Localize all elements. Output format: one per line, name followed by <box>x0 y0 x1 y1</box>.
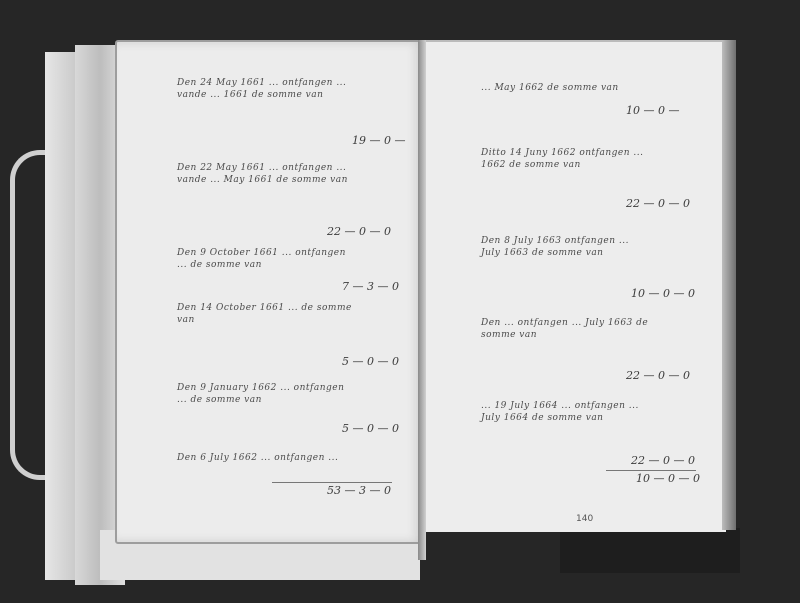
total-rule <box>606 470 696 471</box>
entry-text: Den 9 January 1662 ... ontfangen ... de … <box>177 382 357 406</box>
entry-text: Den 14 October 1661 ... de somme van <box>177 302 357 326</box>
page-edge-right <box>722 40 736 530</box>
entry-text: Den 9 October 1661 ... ontfangen ... de … <box>177 247 357 271</box>
right-page: ... May 1662 de somme van 10 — 0 — Ditto… <box>426 40 726 532</box>
left-page: Den 24 May 1661 ... ontfangen ... vande … <box>115 40 424 544</box>
entry-text: ... May 1662 de somme van <box>481 82 651 94</box>
folio-number: 140 <box>576 514 593 524</box>
binding-strap <box>10 150 50 480</box>
entry-text: Ditto 14 Juny 1662 ontfangen ... 1662 de… <box>481 147 651 171</box>
entry-text: Den 22 May 1661 ... ontfangen ... vande … <box>177 162 357 186</box>
entry-text: ... 19 July 1664 ... ontfangen ... July … <box>481 400 651 424</box>
entry-amount: 5 — 0 — 0 <box>342 422 399 435</box>
entry-text: Den 8 July 1663 ontfangen ... July 1663 … <box>481 235 651 259</box>
entry-text: Den 24 May 1661 ... ontfangen ... vande … <box>177 77 357 101</box>
entry-text: Den 6 July 1662 ... ontfangen ... <box>177 452 357 464</box>
entry-amount: 22 — 0 — 0 <box>327 225 391 238</box>
entry-amount: 19 — 0 — <box>352 134 406 147</box>
entry-amount: 5 — 0 — 0 <box>342 355 399 368</box>
total-rule <box>272 482 392 483</box>
entry-amount: 10 — 0 — <box>626 104 680 117</box>
book-gutter <box>418 40 426 560</box>
entry-text: Den ... ontfangen ... July 1663 de somme… <box>481 317 651 341</box>
entry-amount: 22 — 0 — 0 <box>631 454 695 467</box>
entry-amount: 22 — 0 — 0 <box>626 197 690 210</box>
entry-amount: 7 — 3 — 0 <box>342 280 399 293</box>
entry-amount: 10 — 0 — 0 <box>631 287 695 300</box>
entry-amount: 22 — 0 — 0 <box>626 369 690 382</box>
entry-amount: 53 — 3 — 0 <box>327 484 391 497</box>
back-cover <box>560 528 740 573</box>
final-amount: 10 — 0 — 0 <box>636 472 700 485</box>
